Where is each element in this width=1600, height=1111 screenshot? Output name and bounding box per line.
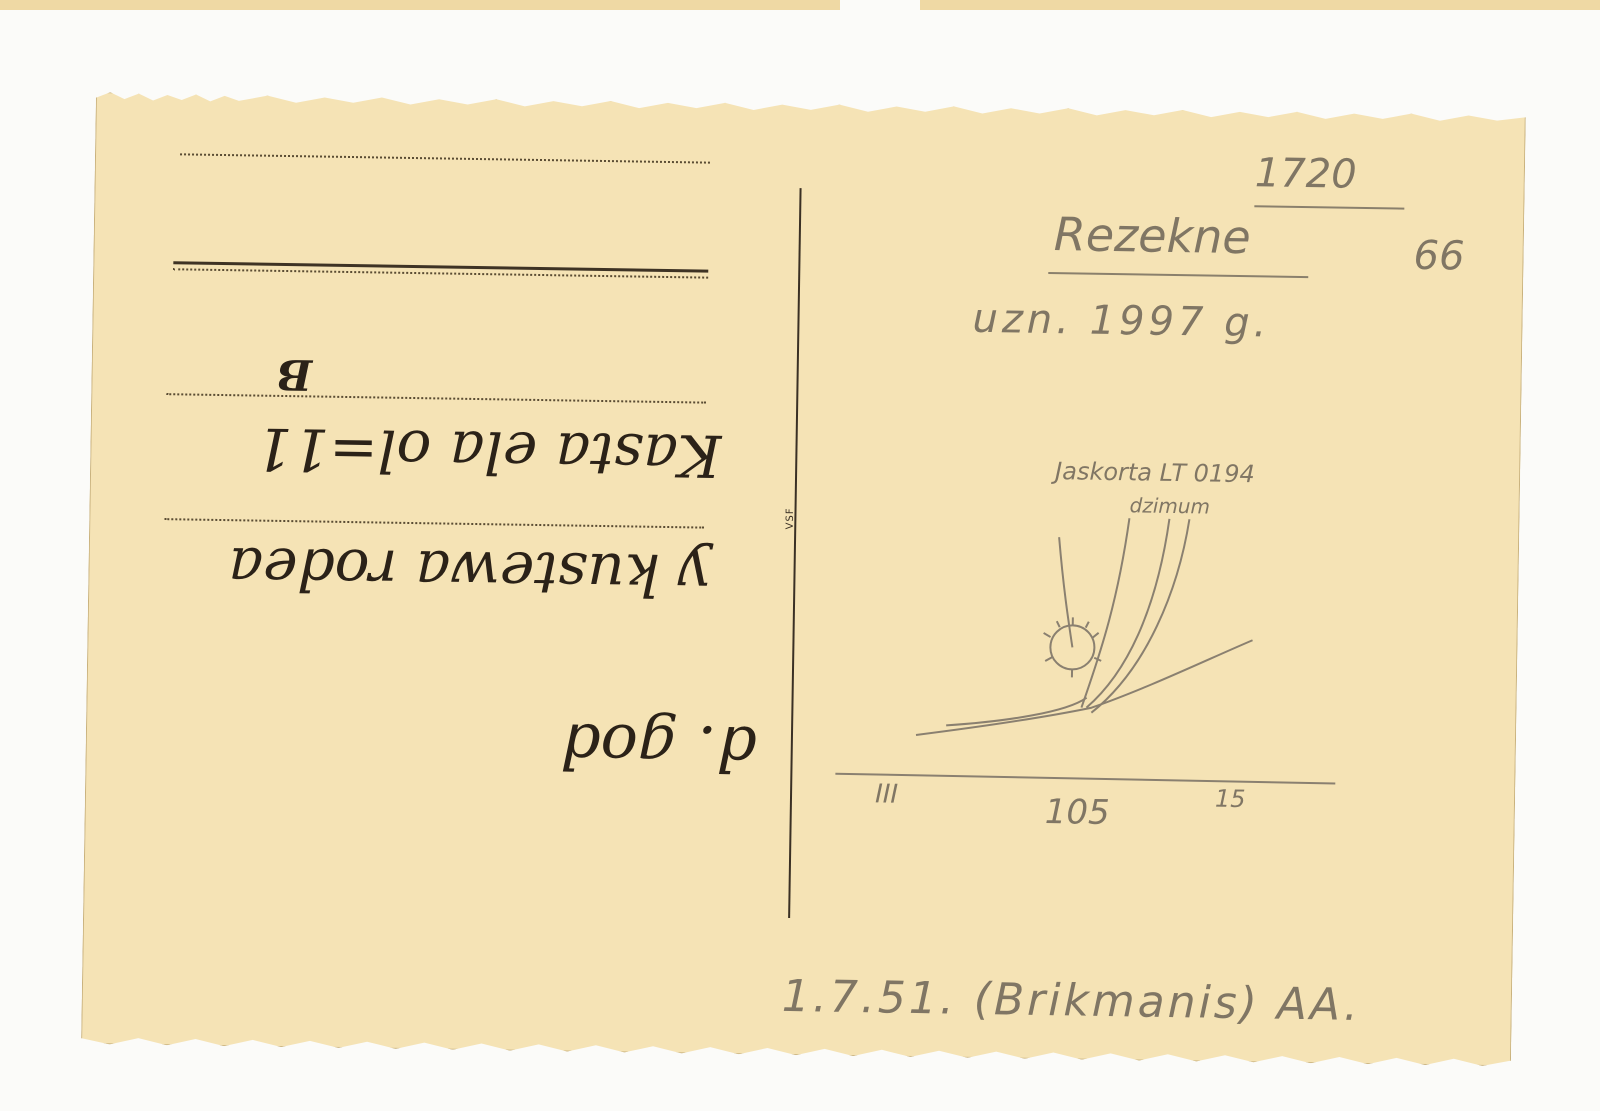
axis-label-center: 105 [1044,792,1110,833]
adjacent-card-edge-left [0,0,840,10]
axis-label-right: 15 [1215,785,1246,813]
axis-label-left: III [875,779,898,809]
pencil-bottom-note: 1.7.51. (Brikmanis) AA. [781,971,1361,1031]
pencil-sketch [81,92,1526,1066]
adjacent-card-edge-right [920,0,1600,10]
postcard-back: VSF Kasta ela ol=11 y kustewa rodea d. g… [81,92,1526,1066]
